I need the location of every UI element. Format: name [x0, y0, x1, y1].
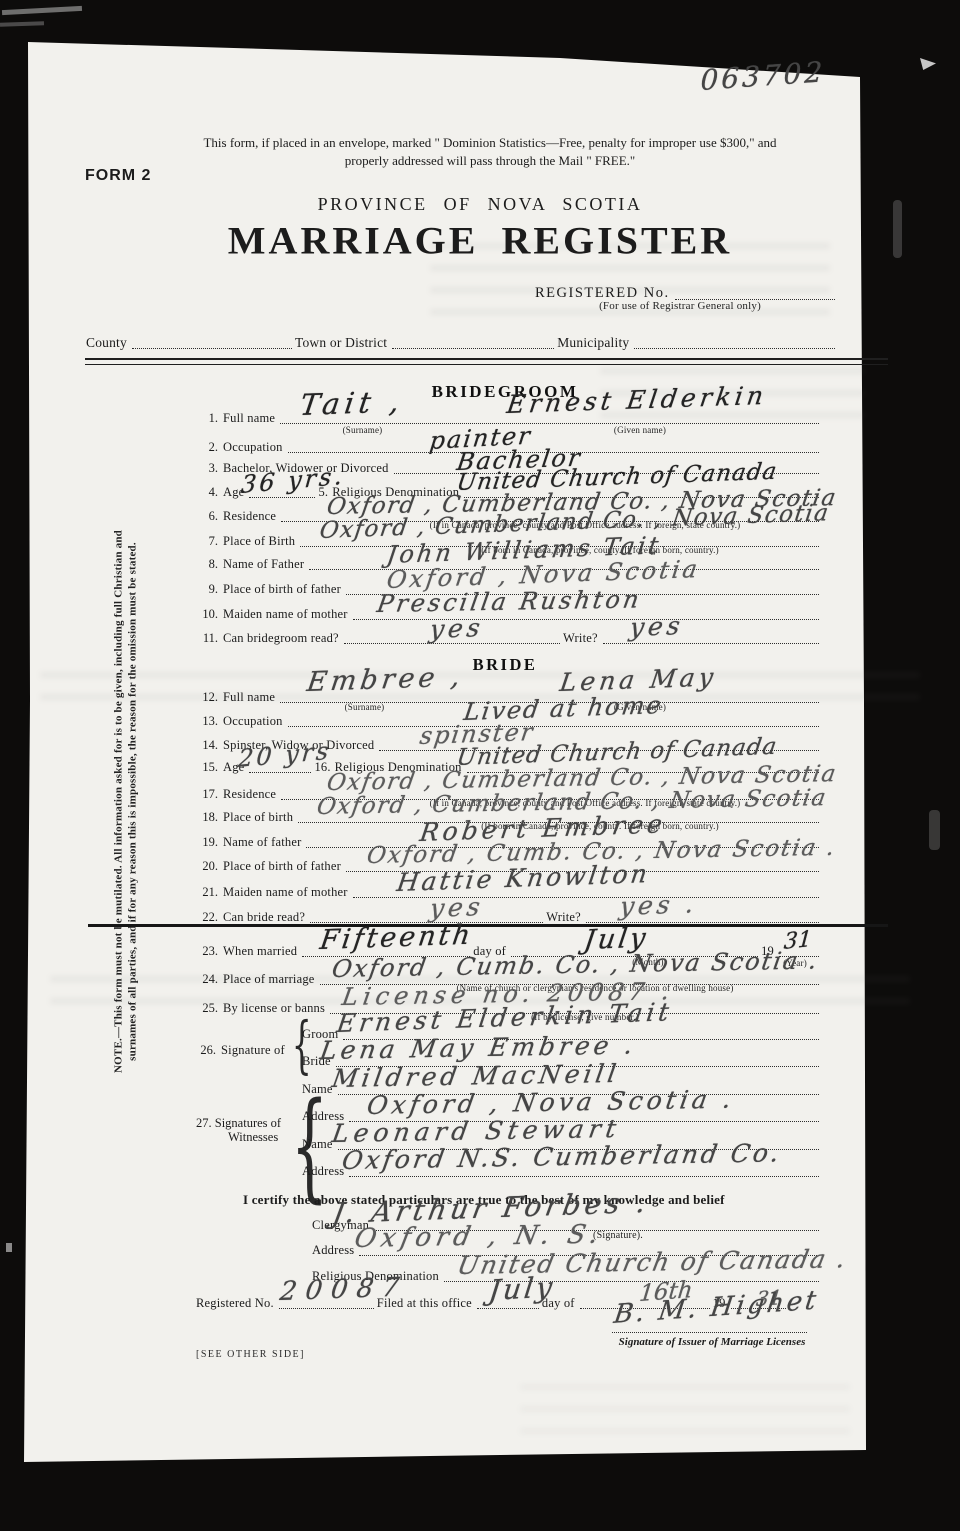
signature-of-label-row: 26. Signature of — [196, 1041, 306, 1058]
mail-note-line1: This form, if placed in an envelope, mar… — [203, 135, 776, 150]
field-label: Name of father — [223, 835, 301, 850]
field-can-read-groom: 11. Can bridegroom read? Write? — [198, 629, 822, 646]
field-number: 27. — [196, 1116, 212, 1130]
field-number: 20. — [198, 859, 223, 874]
couple-brace: { — [292, 1008, 312, 1081]
field-label: Can bride read? — [223, 910, 305, 925]
field-number: 1. — [198, 411, 223, 426]
frame-streak — [0, 21, 44, 27]
address-label: Address — [312, 1243, 354, 1258]
margin-note: NOTE.—This form must not be mutilated. A… — [113, 477, 140, 1127]
scanned-marriage-register: 063702 This form, if placed in an envelo… — [0, 0, 960, 1531]
field-number: 9. — [198, 582, 223, 597]
section-divider-rule — [88, 924, 888, 927]
field-number: 10. — [198, 607, 223, 622]
name-label: Name — [302, 1082, 333, 1097]
province-heading: PROVINCE OF NOVA SCOTIA — [230, 194, 730, 215]
field-number: 8. — [198, 557, 223, 572]
witnesses-label-line2: Witnesses — [228, 1130, 278, 1145]
surname-subcaption: (Surname) — [302, 702, 427, 712]
field-label: Maiden name of mother — [223, 607, 348, 622]
frame-mark-arrow — [920, 58, 936, 70]
handwritten-groom-can-read: yes — [428, 613, 486, 644]
mail-note-line2: properly addressed will pass through the… — [345, 153, 635, 168]
handwritten-filed-month: July — [487, 1270, 557, 1307]
field-label: Residence — [223, 509, 276, 524]
field-label: Occupation — [223, 440, 283, 455]
field-number: 19. — [198, 835, 223, 850]
field-label: Full name — [223, 411, 275, 426]
field-label: Can bridegroom read? — [223, 631, 339, 646]
double-rule — [85, 358, 888, 365]
frame-smudge — [893, 200, 902, 258]
field-label: Place of birth of father — [223, 859, 341, 874]
mail-note: This form, if placed in an envelope, mar… — [110, 134, 870, 169]
handwritten-registered-number: 20087 — [278, 1272, 410, 1307]
address-label: Address — [302, 1164, 344, 1179]
handwritten-bride-surname: Embree , — [305, 661, 466, 698]
field-number: 13. — [198, 714, 223, 729]
registered-no-subcaption: (For use of Registrar General only) — [575, 300, 785, 312]
municipality-label: Municipality — [557, 335, 629, 351]
field-number: 3. — [198, 461, 223, 476]
field-number: 12. — [198, 690, 223, 705]
dotted-line — [280, 423, 819, 424]
field-label: Signature of — [221, 1043, 285, 1058]
field-number: 15. — [198, 760, 223, 775]
form-number-label: FORM 2 — [85, 167, 151, 185]
surname-subcaption: (Surname) — [300, 425, 425, 435]
field-can-read-bride: 22. Can bride read? Write? — [198, 908, 822, 925]
field-number: 23. — [198, 944, 223, 959]
field-label: When married — [223, 944, 297, 959]
name-label: Name — [302, 1137, 333, 1152]
frame-smudge — [6, 1243, 12, 1252]
margin-note-line1: NOTE.—This form must not be mutilated. A… — [113, 530, 125, 1073]
handwritten-groom-can-write: yes — [628, 611, 686, 642]
witnesses-label-line1: 27. Signatures of — [196, 1116, 281, 1131]
field-number: 17. — [198, 787, 223, 802]
bleedthrough-smudge — [520, 1384, 850, 1448]
given-name-subcaption: (Given name) — [575, 425, 705, 435]
field-number: 11. — [198, 631, 223, 646]
dotted-line — [477, 1308, 539, 1309]
field-number: 26. — [196, 1043, 221, 1058]
handwritten-bride-can-read: yes — [428, 892, 486, 923]
field-label: Signatures of — [215, 1116, 281, 1130]
town-district-label: Town or District — [295, 335, 387, 351]
field-label: Name of Father — [223, 557, 304, 572]
field-label: Full name — [223, 690, 275, 705]
handwritten-groom-surname: Tait , — [298, 384, 406, 422]
dotted-line — [353, 619, 819, 620]
field-number: 21. — [198, 885, 223, 900]
field-number: 24. — [198, 972, 223, 987]
handwritten-groom-mother: Prescilla Rushton — [375, 585, 644, 618]
frame-streak — [2, 6, 82, 15]
frame-smudge — [929, 810, 940, 850]
field-number: 7. — [198, 534, 223, 549]
dotted-line — [634, 348, 835, 349]
document-title: MARRIAGE REGISTER — [200, 218, 760, 264]
dotted-line — [392, 348, 554, 349]
handwritten-marriage-day: Fifteenth — [318, 919, 475, 956]
dotted-line — [603, 643, 819, 644]
handwritten-bride-can-write: yes . — [618, 889, 700, 921]
field-number: 22. — [198, 910, 223, 925]
field-label: Place of Birth — [223, 534, 295, 549]
field-number: 2. — [198, 440, 223, 455]
field-label: Residence — [223, 787, 276, 802]
field-label: Occupation — [223, 714, 283, 729]
field-number: 6. — [198, 509, 223, 524]
dotted-line — [288, 726, 819, 727]
dotted-line — [349, 1176, 819, 1177]
field-label: Place of birth — [223, 810, 293, 825]
field-number: 25. — [198, 1001, 223, 1016]
write-label: Write? — [546, 910, 581, 925]
dotted-line — [353, 897, 819, 898]
field-number: 14. — [198, 738, 223, 753]
dotted-line — [279, 1308, 374, 1309]
field-label: Place of marriage — [223, 972, 315, 987]
field-number: 4. — [198, 485, 223, 500]
write-label: Write? — [563, 631, 598, 646]
issuer-caption: Signature of Issuer of Marriage Licenses — [596, 1336, 828, 1348]
dotted-line — [249, 772, 311, 773]
see-other-side-note: [SEE OTHER SIDE] — [196, 1349, 305, 1360]
field-label: Maiden name of mother — [223, 885, 348, 900]
county-row: County Town or District Municipality — [86, 334, 838, 351]
margin-note-line2: surnames of all parties, and if for any … — [126, 542, 138, 1061]
county-label: County — [86, 335, 127, 351]
dotted-line — [612, 1332, 807, 1333]
registered-label: Registered No. — [196, 1296, 274, 1311]
field-label: Place of birth of father — [223, 582, 341, 597]
field-number: 18. — [198, 810, 223, 825]
dotted-line — [132, 348, 292, 349]
